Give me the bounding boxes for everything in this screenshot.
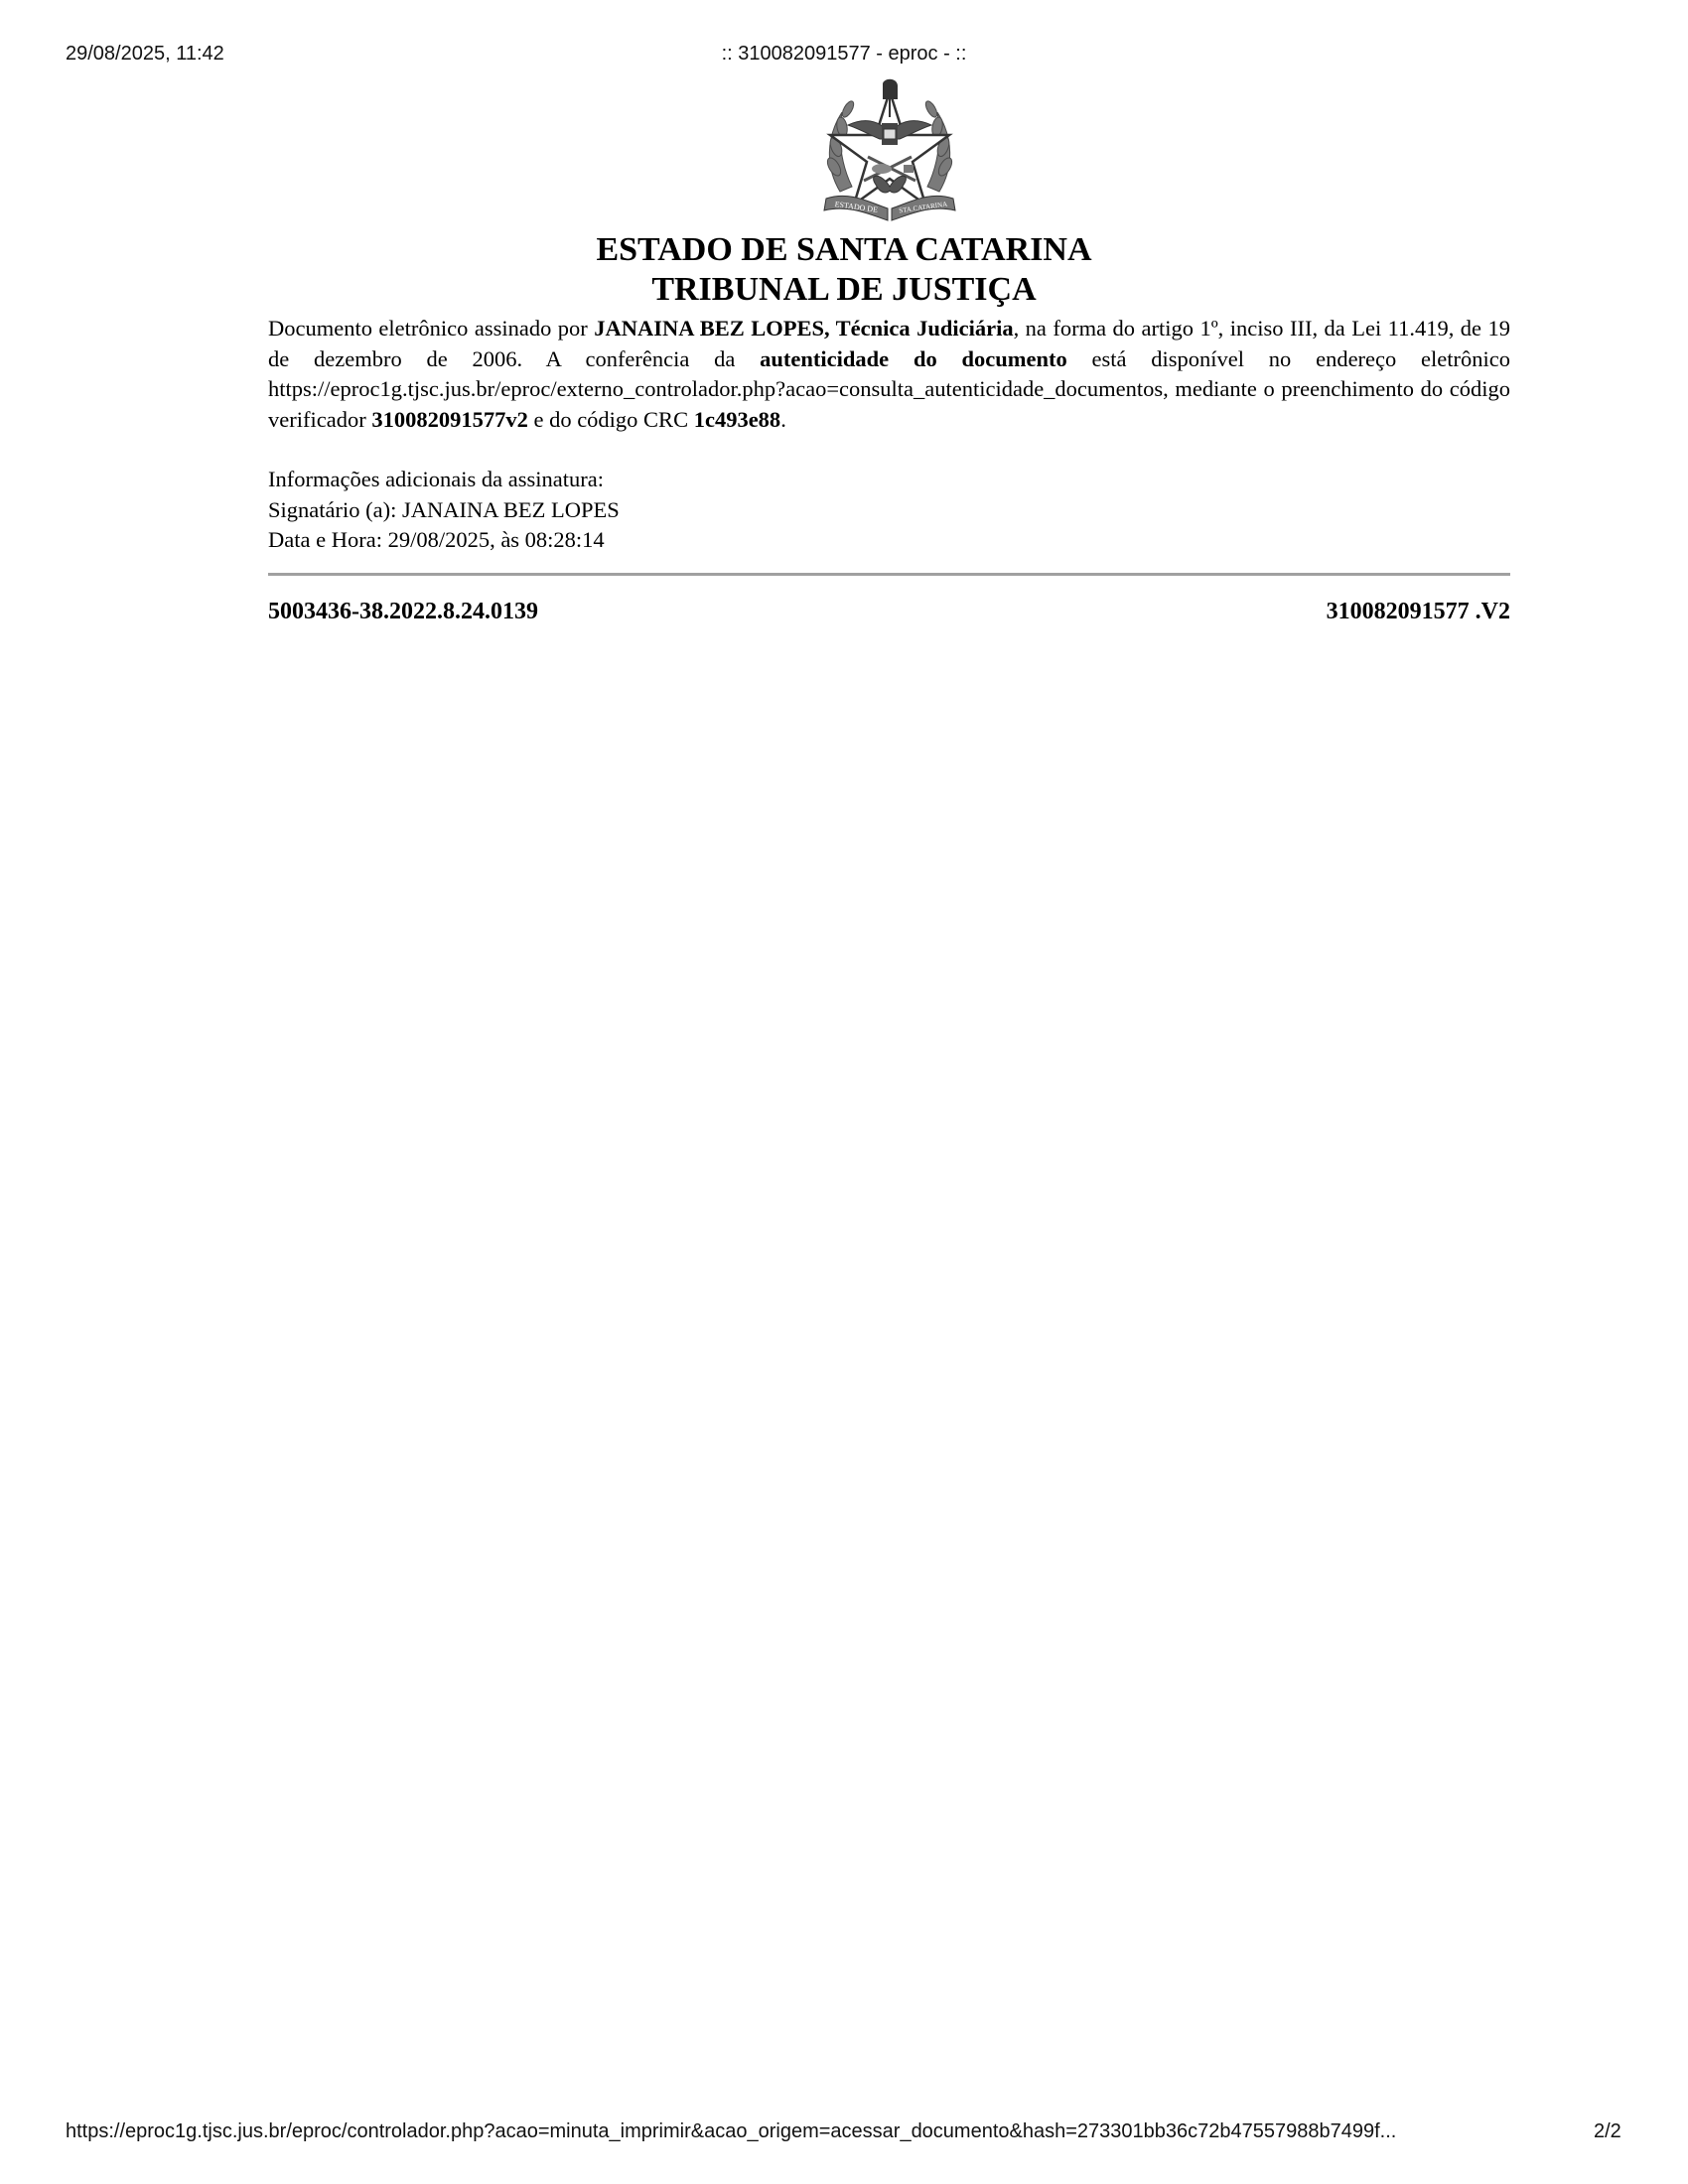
signer-name: JANAINA BEZ LOPES, Técnica Judiciária — [594, 316, 1013, 341]
santa-catarina-coat-of-arms-icon: ESTADO DE STA.CATARINA — [820, 77, 959, 222]
additional-info-heading: Informações adicionais da assinatura: — [268, 465, 1510, 495]
court-title: ESTADO DE SANTA CATARINA TRIBUNAL DE JUS… — [0, 230, 1688, 310]
print-footer: https://eproc1g.tjsc.jus.br/eproc/contro… — [0, 2120, 1688, 2146]
document-codes: 5003436-38.2022.8.24.0139 310082091577 .… — [268, 599, 1510, 628]
signature-statement: Documento eletrônico assinado por JANAIN… — [268, 314, 1510, 435]
page-number: 2/2 — [1594, 2120, 1621, 2143]
print-header: 29/08/2025, 11:42 :: 310082091577 - epro… — [0, 43, 1688, 68]
title-state: ESTADO DE SANTA CATARINA — [0, 230, 1688, 270]
additional-signature-info: Informações adicionais da assinatura: Si… — [268, 465, 1510, 556]
document-version: 310082091577 .V2 — [1327, 599, 1510, 625]
crc-code: 1c493e88 — [694, 407, 780, 432]
horizontal-divider — [268, 573, 1510, 576]
signatory: Signatário (a): JANAINA BEZ LOPES — [268, 495, 1510, 526]
signature-datetime: Data e Hora: 29/08/2025, às 08:28:14 — [268, 525, 1510, 556]
title-court: TRIBUNAL DE JUSTIÇA — [0, 270, 1688, 310]
process-number: 5003436-38.2022.8.24.0139 — [268, 599, 538, 625]
print-url: https://eproc1g.tjsc.jus.br/eproc/contro… — [66, 2120, 1396, 2143]
authenticity-phrase: autenticidade do documento — [760, 346, 1067, 371]
print-page-title: :: 310082091577 - eproc - :: — [0, 43, 1688, 66]
verifier-code: 310082091577v2 — [371, 407, 528, 432]
svg-text:ESTADO DE: ESTADO DE — [834, 200, 879, 214]
